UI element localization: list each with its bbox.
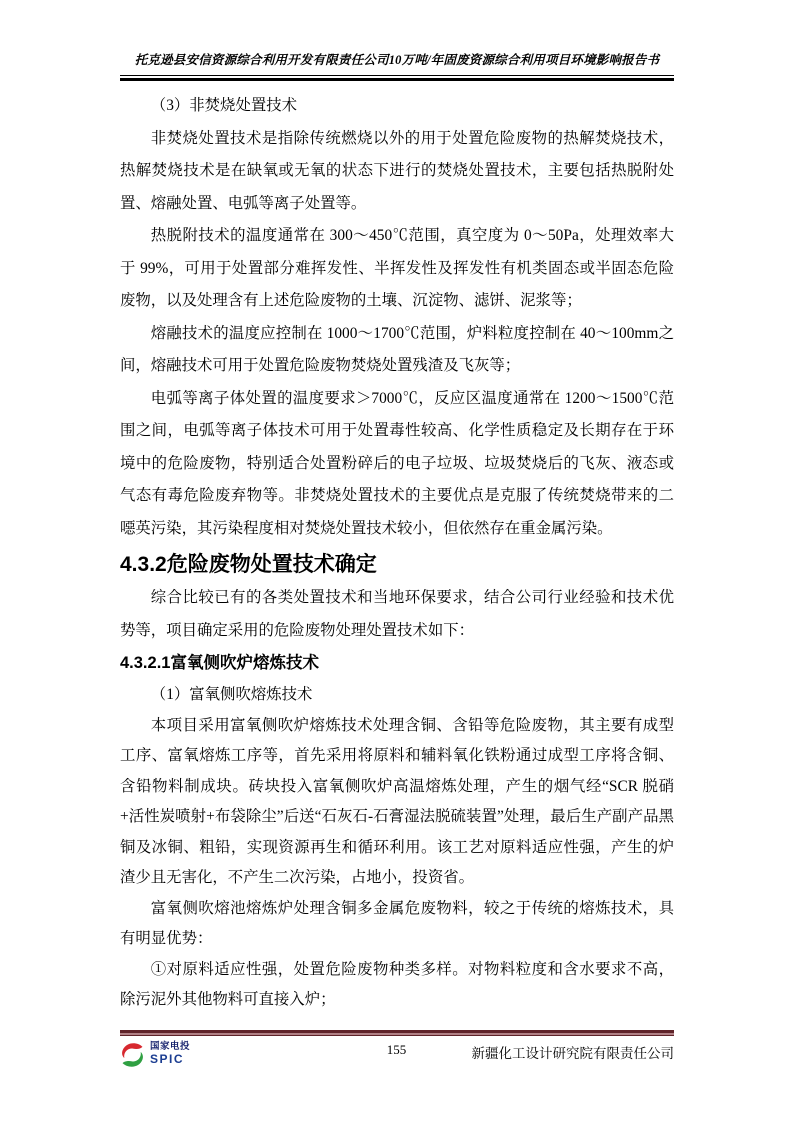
section-heading-4-3-2: 4.3.2危险废物处置技术确定 <box>120 548 674 582</box>
paragraph-oxygen-side-blown-process: 本项目采用富氧侧吹炉熔炼技术处理含铜、含铅等危险废物，其主要有成型工序、富氧熔炼… <box>120 711 674 894</box>
paragraph-thermal-desorption: 热脱附技术的温度通常在 300～450℃范围，真空度为 0～50Pa，处理效率大… <box>120 220 674 318</box>
paragraph-tech-selection: 综合比较已有的各类处置技术和当地环保要求，结合公司行业经验和技术优势等，项目确定… <box>120 582 674 647</box>
page-number: 155 <box>0 1042 793 1058</box>
paragraph-non-incineration-title: （3）非焚烧处置技术 <box>120 90 674 123</box>
paragraph-non-incineration-intro: 非焚烧处置技术是指除传统燃烧以外的用于处置危险废物的热解焚烧技术，热解焚烧技术是… <box>120 123 674 221</box>
paragraph-oxygen-side-blown-title: （1）富氧侧吹熔炼技术 <box>120 680 674 711</box>
section-heading-4-3-2-1: 4.3.2.1富氧侧吹炉熔炼技术 <box>120 647 674 680</box>
header-title: 托克逊县安信资源综合利用开发有限责任公司10万吨/年固废资源综合利用项目环境影响… <box>120 50 674 68</box>
footer-rule <box>120 1030 674 1036</box>
document-body: （3）非焚烧处置技术 非焚烧处置技术是指除传统燃烧以外的用于处置危险废物的热解焚… <box>120 90 674 1016</box>
paragraph-advantages-intro: 富氧侧吹熔池熔炼炉处理含铜多金属危废物料，较之于传统的熔炼技术，具有明显优势： <box>120 894 674 955</box>
paragraph-melting-tech: 熔融技术的温度应控制在 1000～1700℃范围，炉料粒度控制在 40～100m… <box>120 318 674 383</box>
paragraph-arc-plasma: 电弧等离子体处置的温度要求＞7000℃，反应区温度通常在 1200～1500℃范… <box>120 383 674 546</box>
paragraph-advantage-1: ①对原料适应性强，处置危险废物种类多样。对物料粒度和含水要求不高，除污泥外其他物… <box>120 955 674 1016</box>
document-page: 托克逊县安信资源综合利用开发有限责任公司10万吨/年固废资源综合利用项目环境影响… <box>0 0 793 1122</box>
footer-company-name: 新疆化工设计研究院有限责任公司 <box>472 1042 675 1062</box>
header-rule <box>120 75 674 81</box>
